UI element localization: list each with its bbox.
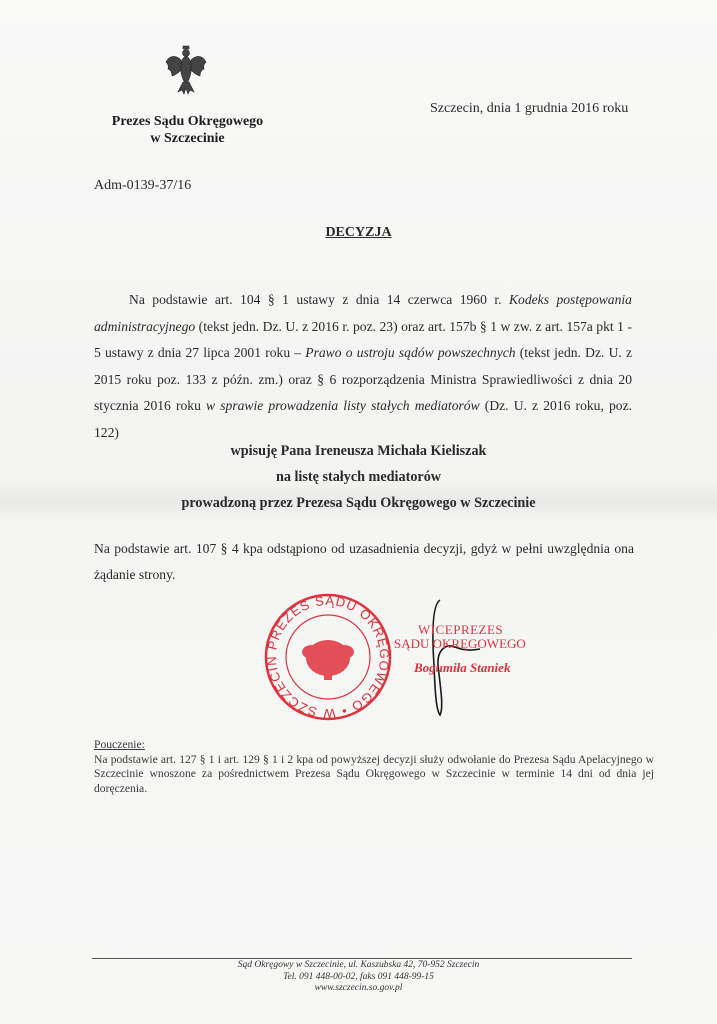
footer-website: www.szczecin.so.gov.pl bbox=[0, 983, 717, 995]
instruction-heading: Pouczenie: bbox=[94, 738, 654, 753]
decree-line1: wpisuję Pana Ireneusza Michała Kieliszak bbox=[0, 438, 717, 464]
issuer-line2: w Szczecinie bbox=[100, 130, 275, 147]
document-title: DECYZJA bbox=[0, 225, 717, 241]
signatory-title-line1: WICEPREZES bbox=[394, 623, 526, 637]
legal-basis-paragraph: Na podstawie art. 104 § 1 ustawy z dnia … bbox=[94, 287, 632, 446]
signatory-name: Bogumiła Staniek bbox=[394, 661, 526, 675]
decree-line3: prowadzoną przez Prezesa Sądu Okręgowego… bbox=[0, 490, 717, 516]
court-seal-stamp: PREZES SĄDU OKRĘGOWEGO • W SZCZECINIE • bbox=[262, 592, 394, 722]
document-page: Prezes Sądu Okręgowego w Szczecinie Szcz… bbox=[0, 0, 717, 1024]
regulation-title: w sprawie prowadzenia listy stałych medi… bbox=[206, 398, 480, 413]
issuer-line1: Prezes Sądu Okręgowego bbox=[100, 113, 275, 130]
place-date: Szczecin, dnia 1 grudnia 2016 roku bbox=[430, 101, 628, 117]
decree-line2: na listę stałych mediatorów bbox=[0, 464, 717, 490]
legal-basis-text: Na podstawie art. 104 § 1 ustawy z dnia … bbox=[129, 292, 509, 307]
footer-divider bbox=[92, 958, 632, 959]
eagle-emblem-icon bbox=[163, 42, 209, 98]
decree-block: wpisuję Pana Ireneusza Michała Kieliszak… bbox=[0, 438, 717, 516]
footer-phone: Tel. 091 448-00-02, faks 091 448-99-15 bbox=[0, 972, 717, 984]
justification-paragraph: Na podstawie art. 107 § 4 kpa odstąpiono… bbox=[94, 536, 634, 588]
signatory-title-line2: SĄDU OKRĘGOWEGO bbox=[394, 637, 526, 651]
reference-number: Adm-0139-37/16 bbox=[94, 178, 191, 194]
signatory-block: WICEPREZES SĄDU OKRĘGOWEGO Bogumiła Stan… bbox=[394, 623, 526, 675]
act-title-usp: Prawo o ustroju sądów powszechnych bbox=[305, 345, 515, 360]
footer-address: Sąd Okręgowy w Szczecinie, ul. Kaszubska… bbox=[0, 960, 717, 972]
instruction-text: Na podstawie art. 127 § 1 i art. 129 § 1… bbox=[94, 753, 654, 795]
issuer-block: Prezes Sądu Okręgowego w Szczecinie bbox=[100, 113, 275, 147]
footer: Sąd Okręgowy w Szczecinie, ul. Kaszubska… bbox=[0, 960, 717, 995]
instruction-block: Pouczenie: Na podstawie art. 127 § 1 i a… bbox=[94, 738, 654, 796]
